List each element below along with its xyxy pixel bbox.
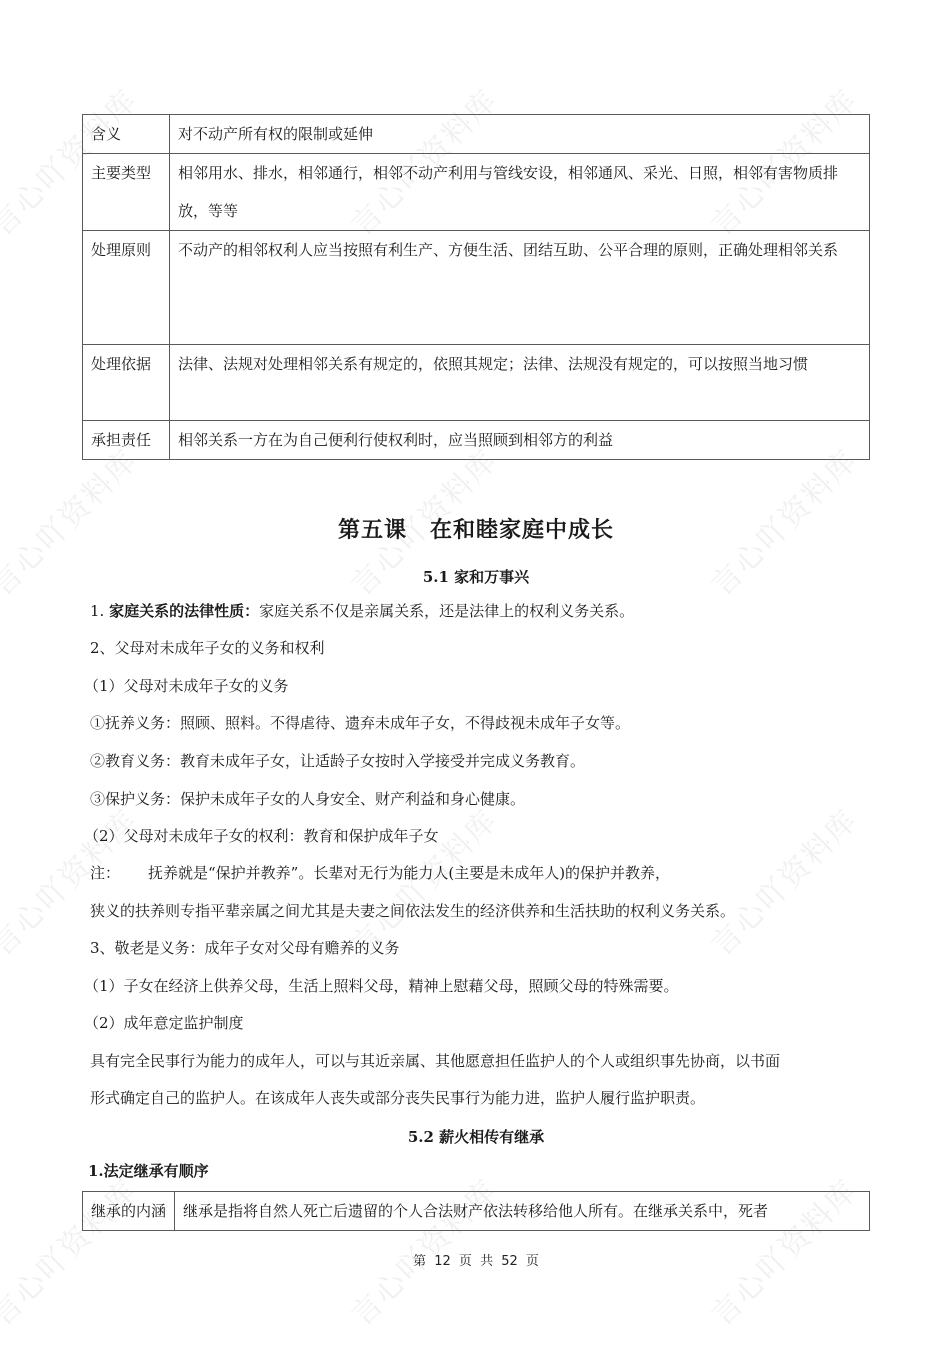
table-row-label: 承担责任 <box>83 421 170 460</box>
paragraph: （1）子女在经济上供养父母，生活上照料父母，精神上慰藉父母，照顾父母的特殊需要。 <box>84 975 679 997</box>
table-row: 处理原则 不动产的相邻权利人应当按照有利生产、方便生活、团结互助、公平合理的原则… <box>83 231 870 345</box>
neighbor-relation-table: 含义 对不动产所有权的限制或延伸 主要类型 相邻用水、排水，相邻通行，相邻不动产… <box>82 114 870 460</box>
table-row: 处理依据 法律、法规对处理相邻关系有规定的，依照其规定；法律、法规没有规定的，可… <box>83 345 870 421</box>
paragraph: 2、父母对未成年子女的义务和权利 <box>90 637 325 659</box>
note-paragraph: 注：抚养就是“保护并教养”。长辈对无行为能力人(主要是未成年人)的保护并教养， <box>90 862 670 884</box>
paragraph: ②教育义务：教育未成年子女，让适龄子女按时入学接受并完成义务教育。 <box>90 750 585 772</box>
table-row-content: 法律、法规对处理相邻关系有规定的，依照其规定；法律、法规没有规定的，可以按照当地… <box>170 345 870 421</box>
table-row-label: 处理依据 <box>83 345 170 421</box>
paragraph-text: 家庭关系不仅是亲属关系，还是法律上的权利义务关系。 <box>259 602 634 620</box>
paragraph: （1）父母对未成年子女的义务 <box>84 675 289 697</box>
section-heading: 5.2 薪火相传有继承 <box>0 1126 952 1147</box>
table-row: 含义 对不动产所有权的限制或延伸 <box>83 115 870 154</box>
note-label: 注： <box>90 864 120 882</box>
table-row-content: 相邻用水、排水，相邻通行，相邻不动产利用与管线安设，相邻通风、采光、日照，相邻有… <box>170 154 870 231</box>
paragraph: ③保护义务：保护未成年子女的人身安全、财产利益和身心健康。 <box>90 788 525 810</box>
document-page: 含义 对不动产所有权的限制或延伸 主要类型 相邻用水、排水，相邻通行，相邻不动产… <box>0 0 952 1347</box>
page-footer: 第 12 页 共 52 页 <box>0 1250 952 1269</box>
table-row-content: 对不动产所有权的限制或延伸 <box>170 115 870 154</box>
table-row-label: 含义 <box>83 115 170 154</box>
note-text: 抚养就是“保护并教养”。长辈对无行为能力人(主要是未成年人)的保护并教养， <box>148 864 670 882</box>
item-number: 1. <box>90 602 109 620</box>
table-row-content: 不动产的相邻权利人应当按照有利生产、方便生活、团结互助、公平合理的原则，正确处理… <box>170 231 870 345</box>
paragraph: ①抚养义务：照顾、照料。不得虐待、遗弃未成年子女，不得歧视未成年子女等。 <box>90 712 630 734</box>
paragraph: 1. 家庭关系的法律性质：家庭关系不仅是亲属关系，还是法律上的权利义务关系。 <box>90 600 634 622</box>
paragraph: 形式确定自己的监护人。在该成年人丧失或部分丧失民事行为能力进，监护人履行监护职责… <box>90 1087 705 1109</box>
table-row: 承担责任 相邻关系一方在为自己便利行使权利时，应当照顾到相邻方的利益 <box>83 421 870 460</box>
lesson-title: 第五课 在和睦家庭中成长 <box>0 513 952 544</box>
paragraph: 3、敬老是义务：成年子女对父母有赡养的义务 <box>90 937 400 959</box>
table-row-content: 继承是指将自然人死亡后遗留的个人合法财产依法转移给他人所有。在继承关系中，死者 <box>175 1192 870 1231</box>
paragraph: （2）父母对未成年子女的权利：教育和保护成年子女 <box>84 825 439 847</box>
paragraph: （2）成年意定监护制度 <box>84 1012 244 1034</box>
table-row-label: 主要类型 <box>83 154 170 231</box>
section-heading: 5.1 家和万事兴 <box>0 566 952 587</box>
table-row-label: 继承的内涵 <box>83 1192 175 1231</box>
table-row-content: 相邻关系一方在为自己便利行使权利时，应当照顾到相邻方的利益 <box>170 421 870 460</box>
table-row-label: 处理原则 <box>83 231 170 345</box>
table-row: 主要类型 相邻用水、排水，相邻通行，相邻不动产利用与管线安设，相邻通风、采光、日… <box>83 154 870 231</box>
bold-term: 家庭关系的法律性质： <box>109 602 259 620</box>
inheritance-table: 继承的内涵 继承是指将自然人死亡后遗留的个人合法财产依法转移给他人所有。在继承关… <box>82 1191 870 1231</box>
table-row: 继承的内涵 继承是指将自然人死亡后遗留的个人合法财产依法转移给他人所有。在继承关… <box>83 1192 870 1231</box>
paragraph: 狭义的扶养则专指平辈亲属之间尤其是夫妻之间依法发生的经济供养和生活扶助的权利义务… <box>90 900 735 922</box>
paragraph: 具有完全民事行为能力的成年人，可以与其近亲属、其他愿意担任监护人的个人或组织事先… <box>90 1050 780 1072</box>
paragraph-heading: 1.法定继承有顺序 <box>88 1160 209 1182</box>
